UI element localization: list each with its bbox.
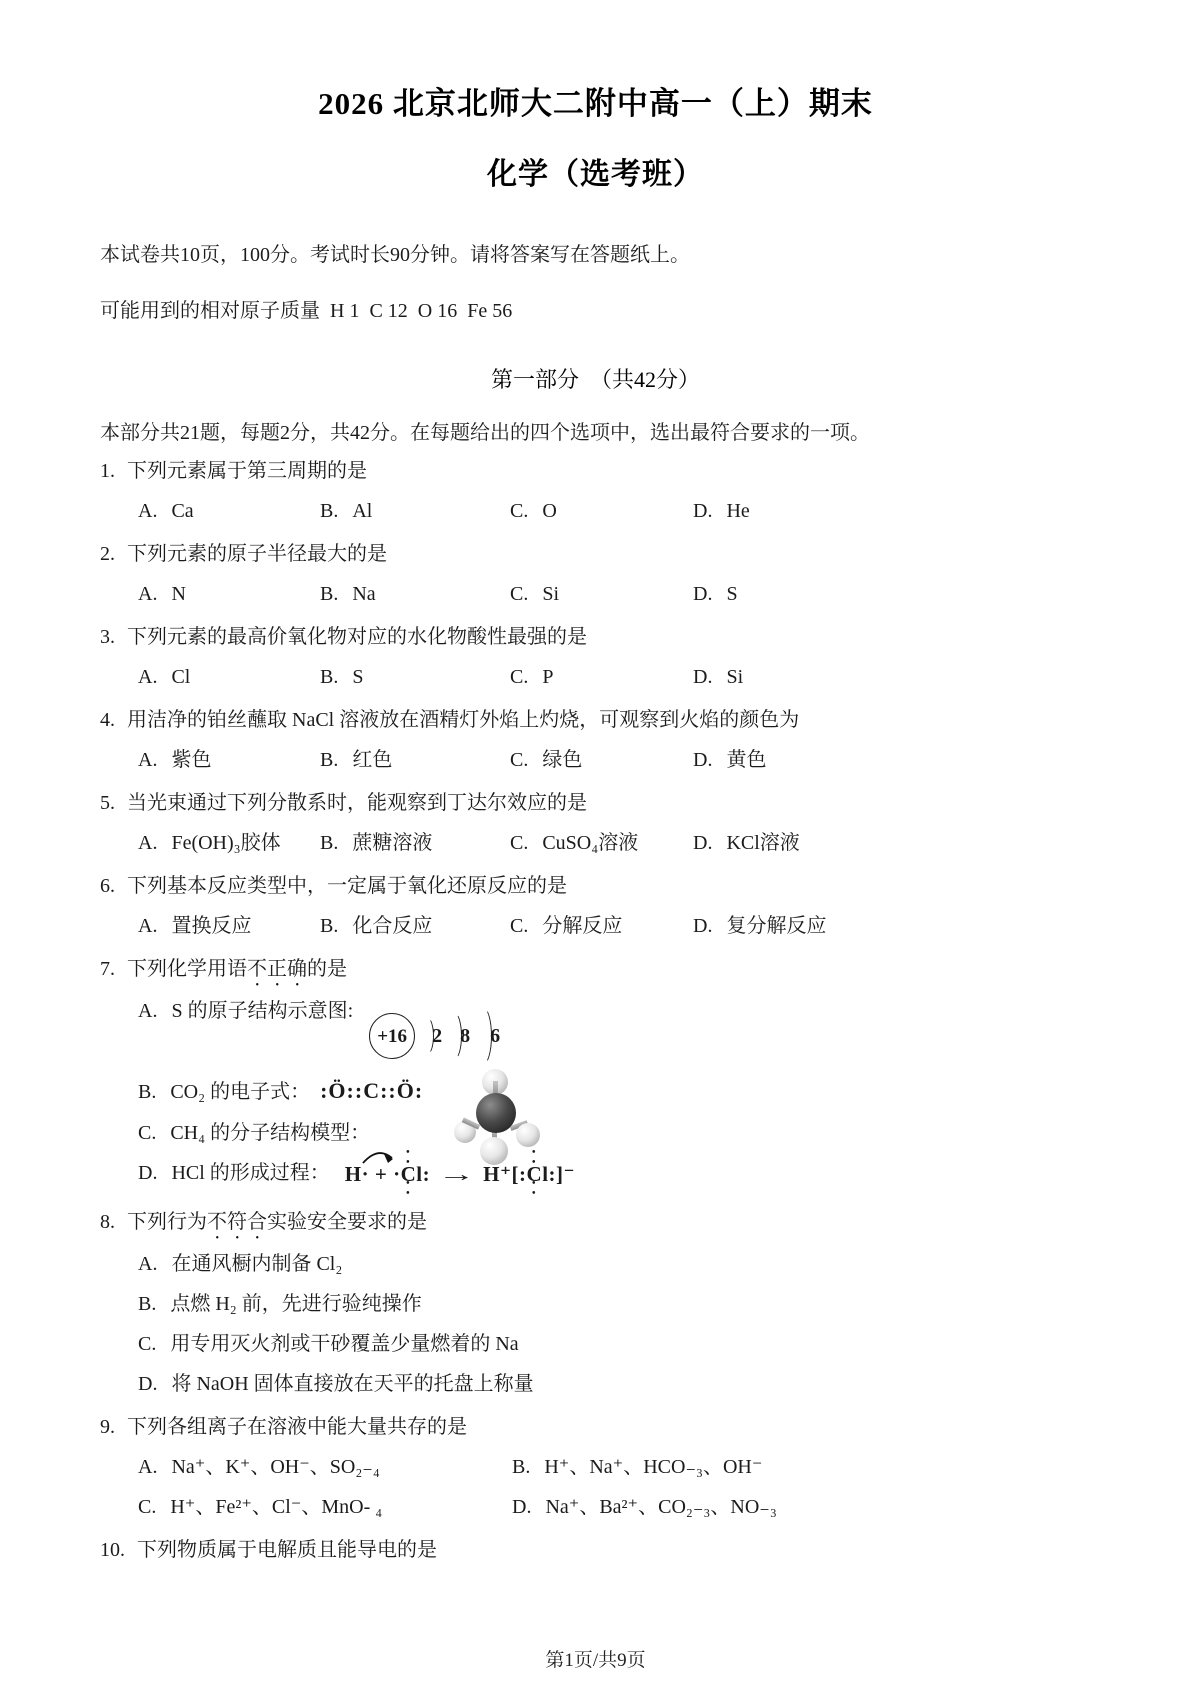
question-number: 1. xyxy=(100,451,115,491)
hydrogen-ball xyxy=(516,1123,540,1147)
option-label: A. xyxy=(138,740,157,780)
option-text: S 的原子结构示意图: xyxy=(171,1000,353,1022)
option-label: C. xyxy=(138,1113,156,1153)
option-text: 点燃 H₂ 前，先进行验纯操作 xyxy=(170,1293,421,1315)
option-label: D. xyxy=(693,574,712,614)
option-c: C.绿色 xyxy=(510,740,693,780)
question-stem-text: 下列物质属于电解质且能导电的是 xyxy=(137,1539,437,1561)
question-stem-text: 下列元素的原子半径最大的是 xyxy=(127,543,387,565)
question-5: 5.当光束通过下列分散系时，能观察到丁达尔效应的是 A.Fe(OH)₃胶体 B.… xyxy=(100,783,1091,863)
question-stem-text: 下列行为 xyxy=(127,1211,207,1233)
option-text: 用专用灭火剂或干砂覆盖少量燃着的 Na xyxy=(170,1333,518,1355)
electron-transfer-arrow-icon xyxy=(361,1150,401,1166)
option-d: D.He xyxy=(693,491,1091,531)
option-text: H⁺、Na⁺、HCO₋₃、OH⁻ xyxy=(544,1456,762,1478)
question-9-options-row-2: C.H⁺、Fe²⁺、Cl⁻、MnO- ₄ D.Na⁺、Ba²⁺、CO₂₋₃、NO… xyxy=(100,1487,1091,1527)
bracket-close: :]⁻ xyxy=(549,1162,576,1186)
page-subtitle: 化学（选考班） xyxy=(100,149,1091,193)
option-d: D.Si xyxy=(693,657,1091,697)
option-text: 绿色 xyxy=(542,749,582,771)
option-c: C.CuSO₄溶液 xyxy=(510,823,693,863)
option-text: 将 NaOH 固体直接放在天平的托盘上称量 xyxy=(171,1373,533,1395)
option-text: CO₂ 的电子式： xyxy=(170,1081,310,1103)
option-text: 红色 xyxy=(352,749,392,771)
option-text: Si xyxy=(726,666,743,688)
question-stem-text: 下列化学用语 xyxy=(127,958,247,980)
option-b: B.CO₂ 的电子式：:Ö::C::Ö: xyxy=(100,1071,1091,1113)
option-label: C. xyxy=(510,823,528,863)
option-label: A. xyxy=(138,1447,157,1487)
option-b: B.S xyxy=(320,657,510,697)
question-number: 2. xyxy=(100,534,115,574)
option-text: Cl xyxy=(171,666,190,688)
question-number: 9. xyxy=(100,1407,115,1447)
question-number: 8. xyxy=(100,1202,115,1242)
question-number: 7. xyxy=(100,949,115,989)
option-label: C. xyxy=(138,1487,156,1527)
option-text: O xyxy=(542,500,556,522)
option-label: B. xyxy=(138,1284,156,1324)
option-text: 复分解反应 xyxy=(726,915,826,937)
section-title: 第一部分 （共42分） xyxy=(100,367,1091,393)
option-text: 置换反应 xyxy=(171,915,251,937)
option-a: A.S 的原子结构示意图: +16 2 8 6 xyxy=(100,991,1091,1071)
option-label: A. xyxy=(138,574,157,614)
option-text: Fe(OH)₃胶体 xyxy=(171,832,280,854)
option-a: A.在通风橱内制备 Cl₂ xyxy=(100,1244,1091,1284)
option-label: C. xyxy=(510,906,528,946)
question-6: 6.下列基本反应类型中，一定属于氧化还原反应的是 A.置换反应 B.化合反应 C… xyxy=(100,866,1091,946)
option-d: D.将 NaOH 固体直接放在天平的托盘上称量 xyxy=(100,1364,1091,1404)
question-7: 7.下列化学用语不正确的是 A.S 的原子结构示意图: +16 2 8 6 B.… xyxy=(100,949,1091,1199)
shell-electron-count: 6 xyxy=(490,1026,500,1046)
option-c: C.P xyxy=(510,657,693,697)
option-text: P xyxy=(542,666,553,688)
question-stem-text: 下列基本反应类型中，一定属于氧化还原反应的是 xyxy=(127,875,567,897)
question-2-options: A.N B.Na C.Si D.S xyxy=(100,574,1091,614)
exam-page: 2026 北京北师大二附中高一（上）期末 化学（选考班） 本试卷共10页，100… xyxy=(0,0,1191,1684)
hydrogen-ball xyxy=(480,1137,508,1165)
option-text: He xyxy=(726,500,749,522)
question-2-stem: 2.下列元素的原子半径最大的是 xyxy=(100,534,1091,574)
page-title: 2026 北京北师大二附中高一（上）期末 xyxy=(100,0,1091,123)
option-label: D. xyxy=(138,1153,157,1193)
option-label: A. xyxy=(138,823,157,863)
option-a: A.Ca xyxy=(138,491,320,531)
option-text: CuSO₄溶液 xyxy=(542,832,638,854)
question-number: 5. xyxy=(100,783,115,823)
page-number: 第1页/共9页 xyxy=(0,1645,1191,1672)
question-1: 1.下列元素属于第三周期的是 A.Ca B.Al C.O D.He xyxy=(100,451,1091,531)
option-text: S xyxy=(726,583,737,605)
option-label: A. xyxy=(138,906,157,946)
option-d: D.S xyxy=(693,574,1091,614)
question-9: 9.下列各组离子在溶液中能大量共存的是 A.Na⁺、K⁺、OH⁻、SO₂₋₄ B… xyxy=(100,1407,1091,1527)
question-8: 8.下列行为不符合实验安全要求的是 A.在通风橱内制备 Cl₂ B.点燃 H₂ … xyxy=(100,1202,1091,1404)
option-c: C.H⁺、Fe²⁺、Cl⁻、MnO- ₄ xyxy=(138,1487,512,1527)
question-6-stem: 6.下列基本反应类型中，一定属于氧化还原反应的是 xyxy=(100,866,1091,906)
option-label: D. xyxy=(693,823,712,863)
option-text: 化合反应 xyxy=(352,915,432,937)
option-a: A.紫色 xyxy=(138,740,320,780)
question-stem-text: 下列元素的最高价氧化物对应的水化物酸性最强的是 xyxy=(127,626,587,648)
question-stem-text: 实验安全要求的是 xyxy=(267,1211,427,1233)
option-d: D.黄色 xyxy=(693,740,1091,780)
question-number: 6. xyxy=(100,866,115,906)
cl-symbol: Cl xyxy=(401,1162,423,1186)
option-text: Ca xyxy=(171,500,193,522)
option-text: 分解反应 xyxy=(542,915,622,937)
option-label: C. xyxy=(510,491,528,531)
question-6-options: A.置换反应 B.化合反应 C.分解反应 D.复分解反应 xyxy=(100,906,1091,946)
question-9-options-row-1: A.Na⁺、K⁺、OH⁻、SO₂₋₄ B.H⁺、Na⁺、HCO₋₃、OH⁻ xyxy=(100,1447,1091,1487)
cl-atom: Cl xyxy=(401,1154,423,1194)
question-4: 4.用洁净的铂丝蘸取 NaCl 溶液放在酒精灯外焰上灼烧，可观察到火焰的颜色为 … xyxy=(100,700,1091,780)
option-a: A.置换反应 xyxy=(138,906,320,946)
option-d: D.复分解反应 xyxy=(693,906,1091,946)
option-d: D.HCl 的形成过程： H· + ·Cl: → H⁺[:Cl:]⁻ xyxy=(100,1153,1091,1199)
section-intro: 本部分共21题，每题2分，共42分。在每题给出的四个选项中，选出最符合要求的一项… xyxy=(100,421,1091,445)
option-c: C.O xyxy=(510,491,693,531)
question-number: 10. xyxy=(100,1530,125,1570)
option-text: Na⁺、Ba²⁺、CO₂₋₃、NO₋₃ xyxy=(545,1496,776,1518)
question-stem-text: 当光束通过下列分散系时，能观察到丁达尔效应的是 xyxy=(127,792,587,814)
option-label: D. xyxy=(693,906,712,946)
option-label: B. xyxy=(320,491,338,531)
option-text: CH₄ 的分子结构模型： xyxy=(170,1122,370,1144)
option-c: C.CH₄ 的分子结构模型： xyxy=(100,1113,1091,1153)
option-c: C.分解反应 xyxy=(510,906,693,946)
option-label: D. xyxy=(693,657,712,697)
option-label: C. xyxy=(510,657,528,697)
option-a: A.Fe(OH)₃胶体 xyxy=(138,823,320,863)
option-label: B. xyxy=(320,657,338,697)
option-text: KCl溶液 xyxy=(726,832,799,854)
option-b: B.化合反应 xyxy=(320,906,510,946)
option-d: D.KCl溶液 xyxy=(693,823,1091,863)
option-c: C.Si xyxy=(510,574,693,614)
option-b: B.H⁺、Na⁺、HCO₋₃、OH⁻ xyxy=(512,1447,1091,1487)
question-3-stem: 3.下列元素的最高价氧化物对应的水化物酸性最强的是 xyxy=(100,617,1091,657)
question-4-options: A.紫色 B.红色 C.绿色 D.黄色 xyxy=(100,740,1091,780)
option-text: Na xyxy=(352,583,375,605)
question-7-stem: 7.下列化学用语不正确的是 xyxy=(100,949,1091,991)
option-text: 紫色 xyxy=(171,749,211,771)
option-label: D. xyxy=(138,1364,157,1404)
question-1-stem: 1.下列元素属于第三周期的是 xyxy=(100,451,1091,491)
option-label: B. xyxy=(320,823,338,863)
option-label: C. xyxy=(510,574,528,614)
option-text: 在通风橱内制备 Cl₂ xyxy=(171,1253,342,1275)
option-a-text: A.S 的原子结构示意图: xyxy=(138,991,353,1031)
option-text: H⁺、Fe²⁺、Cl⁻、MnO- ₄ xyxy=(170,1496,382,1518)
nucleus-charge: +16 xyxy=(369,1013,415,1059)
shell-electron-count: 2 xyxy=(432,1026,442,1046)
question-10: 10.下列物质属于电解质且能导电的是 xyxy=(100,1530,1091,1570)
option-b: B.红色 xyxy=(320,740,510,780)
option-b: B.蔗糖溶液 xyxy=(320,823,510,863)
question-10-stem: 10.下列物质属于电解质且能导电的是 xyxy=(100,1530,1091,1570)
question-stem-text: 的是 xyxy=(307,958,347,980)
option-text: Na⁺、K⁺、OH⁻、SO₂₋₄ xyxy=(171,1456,379,1478)
question-5-options: A.Fe(OH)₃胶体 B.蔗糖溶液 C.CuSO₄溶液 D.KCl溶液 xyxy=(100,823,1091,863)
question-9-stem: 9.下列各组离子在溶液中能大量共存的是 xyxy=(100,1407,1091,1447)
question-8-stem: 8.下列行为不符合实验安全要求的是 xyxy=(100,1202,1091,1244)
option-label: C. xyxy=(510,740,528,780)
option-d: D.Na⁺、Ba²⁺、CO₂₋₃、NO₋₃ xyxy=(512,1487,1091,1527)
option-a: A.Cl xyxy=(138,657,320,697)
option-label: B. xyxy=(512,1447,530,1487)
option-label: A. xyxy=(138,491,157,531)
option-text: Al xyxy=(352,500,372,522)
option-text: S xyxy=(352,666,363,688)
shell-electron-count: 8 xyxy=(460,1026,470,1046)
question-5-stem: 5.当光束通过下列分散系时，能观察到丁达尔效应的是 xyxy=(100,783,1091,823)
option-b: B.Na xyxy=(320,574,510,614)
option-text: HCl 的形成过程： xyxy=(171,1162,329,1184)
option-b: B.点燃 H₂ 前，先进行验纯操作 xyxy=(100,1284,1091,1324)
option-label: A. xyxy=(138,657,157,697)
option-text: N xyxy=(171,583,185,605)
question-2: 2.下列元素的原子半径最大的是 A.N B.Na C.Si D.S xyxy=(100,534,1091,614)
question-3: 3.下列元素的最高价氧化物对应的水化物酸性最强的是 A.Cl B.S C.P D… xyxy=(100,617,1091,697)
question-list: 1.下列元素属于第三周期的是 A.Ca B.Al C.O D.He 2.下列元素… xyxy=(100,451,1091,1570)
question-stem-text: 下列各组离子在溶液中能大量共存的是 xyxy=(127,1416,467,1438)
question-number: 4. xyxy=(100,700,115,740)
exam-info: 本试卷共10页，100分。考试时长90分钟。请将答案写在答题纸上。 xyxy=(100,243,1091,267)
option-label: B. xyxy=(320,574,338,614)
cl-right-electrons: : xyxy=(423,1162,431,1186)
co2-electron-formula: :Ö::C::Ö: xyxy=(320,1078,423,1103)
option-label: B. xyxy=(138,1072,156,1112)
option-label: D. xyxy=(693,740,712,780)
option-label: B. xyxy=(320,740,338,780)
option-text: Si xyxy=(542,583,559,605)
option-text: 蔗糖溶液 xyxy=(352,832,432,854)
option-label: D. xyxy=(693,491,712,531)
question-stem-text: 下列元素属于第三周期的是 xyxy=(127,460,367,482)
option-label: C. xyxy=(138,1324,156,1364)
question-number: 3. xyxy=(100,617,115,657)
option-text: 黄色 xyxy=(726,749,766,771)
option-a: A.Na⁺、K⁺、OH⁻、SO₂₋₄ xyxy=(138,1447,512,1487)
option-a: A.N xyxy=(138,574,320,614)
option-b: B.Al xyxy=(320,491,510,531)
atomic-masses: 可能用到的相对原子质量 H 1 C 12 O 16 Fe 56 xyxy=(100,299,1091,323)
question-1-options: A.Ca B.Al C.O D.He xyxy=(100,491,1091,531)
option-label: A. xyxy=(138,1244,157,1284)
question-3-options: A.Cl B.S C.P D.Si xyxy=(100,657,1091,697)
question-stem-emphasis: 不正确 xyxy=(247,958,307,980)
ch4-molecule-image xyxy=(452,1069,544,1167)
option-label: B. xyxy=(320,906,338,946)
option-label: D. xyxy=(512,1487,531,1527)
option-label: A. xyxy=(138,991,157,1031)
option-c: C.用专用灭火剂或干砂覆盖少量燃着的 Na xyxy=(100,1324,1091,1364)
question-stem-text: 用洁净的铂丝蘸取 NaCl 溶液放在酒精灯外焰上灼烧，可观察到火焰的颜色为 xyxy=(127,709,799,731)
question-stem-emphasis: 不符合 xyxy=(207,1211,267,1233)
question-4-stem: 4.用洁净的铂丝蘸取 NaCl 溶液放在酒精灯外焰上灼烧，可观察到火焰的颜色为 xyxy=(100,700,1091,740)
sulfur-atomic-structure-diagram: +16 2 8 6 xyxy=(369,1007,504,1065)
carbon-ball xyxy=(476,1093,516,1133)
